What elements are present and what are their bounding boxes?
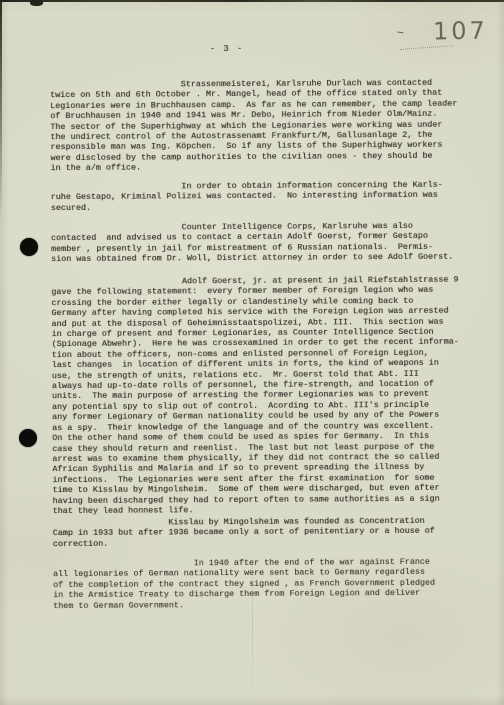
paragraph-counter-intelligence: Counter Intelligence Corps, Karlsruhe wa… — [51, 221, 453, 265]
punch-hole-top — [20, 238, 38, 256]
document-text: - 3 - Strassenmeisterei, Karlsruhe Durla… — [50, 0, 499, 705]
paragraph-armistice: In 1940 after the end of the war against… — [53, 557, 435, 611]
punch-hole-bottom — [19, 429, 37, 447]
scanned-document-page: – 107 - 3 - Strassenmeisterei, Karlsruhe… — [0, 0, 504, 705]
paragraph-kriminal-polizei: In order to obtain information concernin… — [51, 180, 443, 214]
paragraph-strassenmeisterei: Strassenmeisterei, Karlsruhe Durlach was… — [50, 78, 458, 174]
paragraph-goerst-statement: Adolf Goerst, jr. at present in jail Rie… — [51, 275, 460, 517]
paragraph-kisslau-camp: Kisslau by Mingolsheim was founded as Co… — [53, 516, 435, 550]
paper-crease — [252, 545, 253, 705]
scan-edge-notch — [30, 0, 43, 6]
scan-left-edge — [0, 0, 2, 222]
page-number: - 3 - — [210, 44, 244, 54]
